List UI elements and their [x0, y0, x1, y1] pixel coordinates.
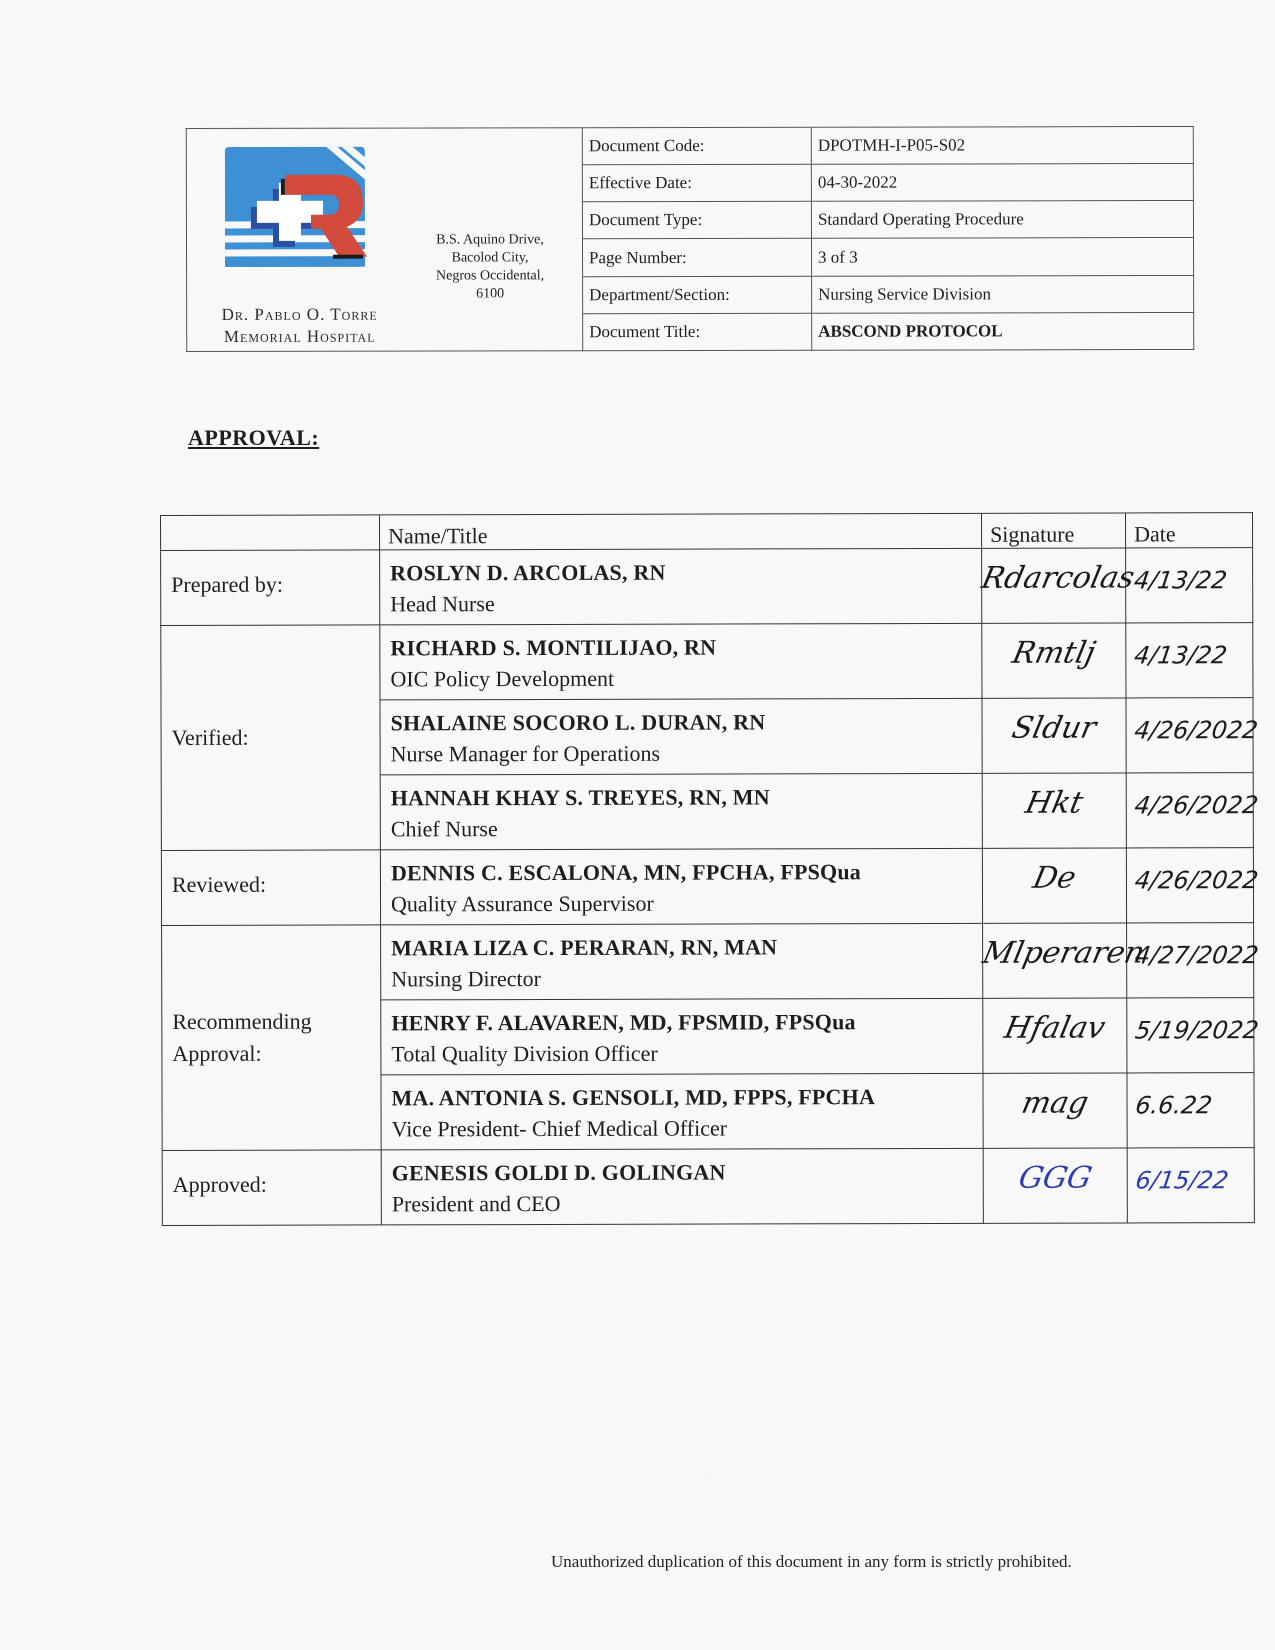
document-type-value: Standard Operating Procedure — [811, 201, 1193, 239]
signatory-cell: MARIA LIZA C. PERARAN, RN, MAN Nursing D… — [381, 923, 983, 1000]
handwritten-signature: Hfalav — [980, 1010, 1130, 1045]
handwritten-signature: Rmtlj — [979, 635, 1129, 670]
signature-cell: De — [982, 848, 1126, 923]
handwritten-date: 4/26/2022 — [1133, 791, 1260, 819]
handwritten-date: 6.6.22 — [1134, 1091, 1214, 1119]
signatory-cell: GENESIS GOLDI D. GOLINGAN President and … — [381, 1148, 983, 1225]
role-prepared-by: Prepared by: — [161, 550, 380, 626]
handwritten-date: 5/19/2022 — [1133, 1016, 1260, 1044]
signatory-title: OIC Policy Development — [390, 662, 981, 696]
role-verified: Verified: — [161, 625, 381, 851]
signature-cell: Sldur — [982, 698, 1126, 773]
signature-cell: mag — [983, 1073, 1127, 1148]
signature-cell: Rdarcolas — [982, 548, 1126, 623]
column-header-role — [161, 515, 380, 551]
column-header-name-title: Name/Title — [380, 513, 982, 550]
signatory-cell: MA. ANTONIA S. GENSOLI, MD, FPPS, FPCHA … — [381, 1073, 983, 1150]
signatory-name: MARIA LIZA C. PERARAN, RN, MAN — [391, 932, 982, 964]
column-header-date: Date — [1125, 513, 1252, 548]
document-title-label: Document Title: — [583, 313, 812, 351]
date-cell: 4/26/2022 — [1126, 698, 1253, 773]
handwritten-date: 4/27/2022 — [1133, 941, 1260, 969]
duplication-notice: Unauthorized duplication of this documen… — [551, 1552, 1072, 1572]
handwritten-signature: mag — [980, 1085, 1130, 1120]
signatory-name: RICHARD S. MONTILIJAO, RN — [390, 632, 981, 664]
handwritten-date: 4/26/2022 — [1133, 716, 1260, 744]
table-row: Verified: RICHARD S. MONTILIJAO, RN OIC … — [161, 623, 1253, 701]
signatory-cell: HENRY F. ALAVAREN, MD, FPSMID, FPSQua To… — [381, 998, 983, 1075]
signature-cell: Hkt — [982, 773, 1126, 848]
signatory-cell: SHALAINE SOCORO L. DURAN, RN Nurse Manag… — [380, 698, 982, 775]
signature-cell: Mlperaren — [983, 923, 1127, 998]
signatory-name: DENNIS C. ESCALONA, MN, FPCHA, FPSQua — [391, 857, 982, 889]
hospital-identity-cell: Dr. Pablo O. Torre Memorial Hospital B.S… — [186, 128, 582, 352]
date-cell: 6/15/22 — [1127, 1148, 1254, 1223]
approval-table: Name/Title Signature Date Prepared by: R… — [160, 512, 1255, 1226]
document-header: Dr. Pablo O. Torre Memorial Hospital B.S… — [186, 126, 1194, 352]
hospital-name: Dr. Pablo O. Torre Memorial Hospital — [187, 304, 412, 348]
signature-cell: GGG — [983, 1148, 1127, 1223]
signature-cell: Hfalav — [983, 998, 1127, 1073]
hospital-r-cross-logo-icon — [225, 147, 380, 275]
role-approved: Approved: — [162, 1150, 381, 1226]
signature-cell: Rmtlj — [982, 623, 1126, 698]
effective-date-value: 04-30-2022 — [811, 164, 1193, 202]
handwritten-signature: GGG — [980, 1160, 1130, 1195]
handwritten-signature: Mlperaren — [979, 935, 1129, 970]
date-cell: 4/26/2022 — [1126, 773, 1253, 848]
signatory-title: Nurse Manager for Operations — [391, 737, 982, 771]
page-number-value: 3 of 3 — [811, 238, 1193, 276]
signatory-title: Quality Assurance Supervisor — [391, 887, 982, 921]
handwritten-date: 4/13/22 — [1132, 566, 1228, 594]
signatory-title: Total Quality Division Officer — [391, 1037, 982, 1071]
role-recommending-approval: Recommending Approval: — [162, 925, 382, 1151]
approval-table-header: Name/Title Signature Date — [161, 513, 1253, 551]
date-cell: 6.6.22 — [1127, 1073, 1254, 1148]
handwritten-signature: Hkt — [979, 785, 1129, 820]
department-section-value: Nursing Service Division — [812, 275, 1194, 313]
signatory-title: Head Nurse — [390, 587, 981, 621]
table-row: Recommending Approval: MARIA LIZA C. PER… — [162, 923, 1254, 1001]
document-type-label: Document Type: — [582, 202, 811, 240]
department-section-label: Department/Section: — [583, 276, 812, 314]
effective-date-label: Effective Date: — [582, 164, 811, 202]
signatory-name: HANNAH KHAY S. TREYES, RN, MN — [391, 782, 982, 814]
signatory-name: MA. ANTONIA S. GENSOLI, MD, FPPS, FPCHA — [391, 1082, 982, 1114]
handwritten-signature: De — [979, 860, 1129, 895]
signatory-title: President and CEO — [392, 1187, 983, 1221]
date-cell: 4/26/2022 — [1126, 848, 1253, 923]
signatory-cell: HANNAH KHAY S. TREYES, RN, MN Chief Nurs… — [380, 773, 982, 850]
signatory-cell: RICHARD S. MONTILIJAO, RN OIC Policy Dev… — [380, 623, 982, 700]
date-cell: 4/13/22 — [1126, 623, 1253, 698]
signatory-name: HENRY F. ALAVAREN, MD, FPSMID, FPSQua — [391, 1007, 982, 1039]
document-code-label: Document Code: — [582, 127, 811, 165]
handwritten-date: 4/13/22 — [1132, 641, 1228, 669]
handwritten-date: 4/26/2022 — [1133, 866, 1260, 894]
signatory-cell: ROSLYN D. ARCOLAS, RN Head Nurse — [380, 548, 982, 625]
handwritten-signature: Rdarcolas — [978, 560, 1128, 595]
table-row: Approved: GENESIS GOLDI D. GOLINGAN Pres… — [162, 1148, 1254, 1226]
handwritten-date: 6/15/22 — [1134, 1166, 1230, 1194]
column-header-signature: Signature — [981, 513, 1125, 548]
signatory-cell: DENNIS C. ESCALONA, MN, FPCHA, FPSQua Qu… — [380, 848, 982, 925]
page-number-label: Page Number: — [583, 239, 812, 277]
signatory-name: SHALAINE SOCORO L. DURAN, RN — [391, 707, 982, 739]
document-title-value: ABSCOND PROTOCOL — [812, 312, 1194, 350]
table-row: Reviewed: DENNIS C. ESCALONA, MN, FPCHA,… — [161, 848, 1253, 926]
approval-heading: APPROVAL: — [188, 425, 319, 451]
date-cell: 4/13/22 — [1126, 548, 1253, 623]
signatory-title: Nursing Director — [391, 962, 982, 996]
signatory-title: Chief Nurse — [391, 812, 982, 846]
handwritten-signature: Sldur — [979, 710, 1129, 745]
document-code-value: DPOTMH-I-P05-S02 — [811, 126, 1193, 164]
signatory-name: ROSLYN D. ARCOLAS, RN — [390, 557, 981, 589]
role-reviewed: Reviewed: — [161, 850, 380, 926]
signatory-name: GENESIS GOLDI D. GOLINGAN — [392, 1157, 983, 1189]
hospital-address: B.S. Aquino Drive, Bacolod City, Negros … — [415, 231, 565, 303]
table-row: Prepared by: ROSLYN D. ARCOLAS, RN Head … — [161, 548, 1253, 626]
date-cell: 4/27/2022 — [1127, 923, 1254, 998]
signatory-title: Vice President- Chief Medical Officer — [392, 1112, 983, 1146]
date-cell: 5/19/2022 — [1127, 998, 1254, 1073]
scan-artifact: · — [705, 1473, 708, 1482]
